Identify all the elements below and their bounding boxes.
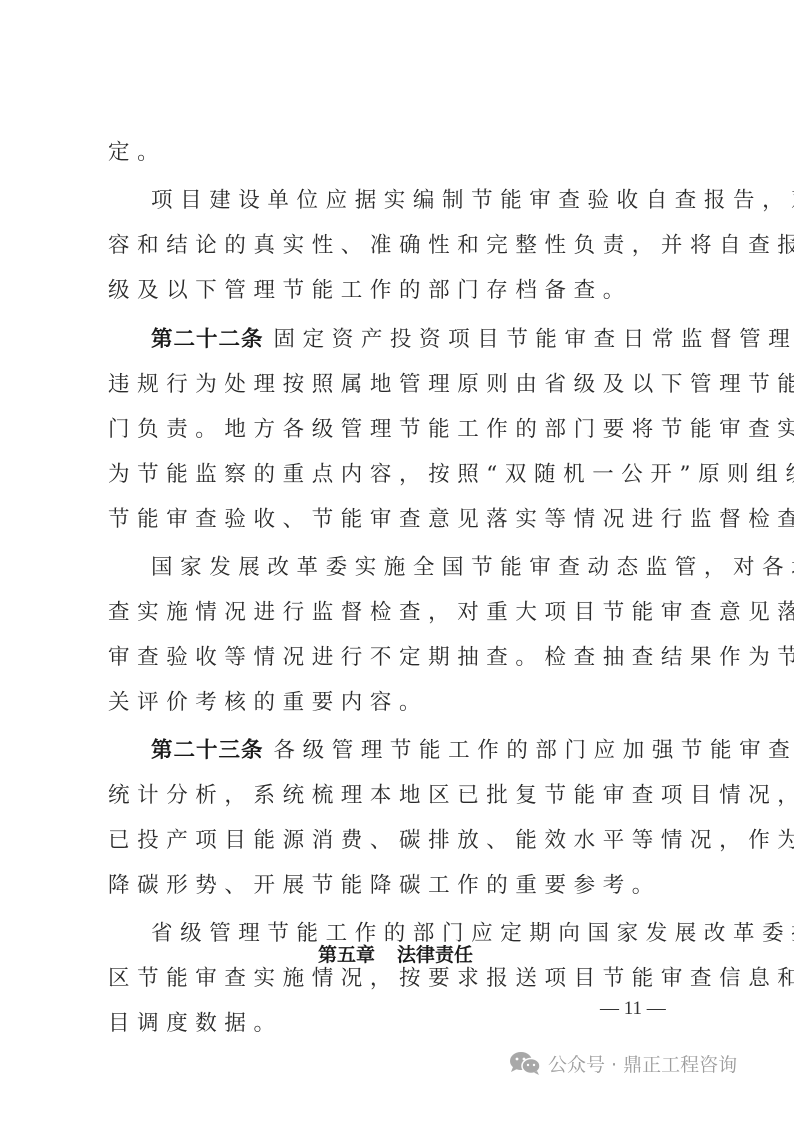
page-number: — 11 — bbox=[600, 998, 666, 1020]
text-line: 统计分析，系统梳理本地区已批复节能审查项目情况，定期调度 bbox=[108, 781, 794, 811]
article-label: 第二十二条 bbox=[151, 327, 264, 352]
chapter-title: 法律责任 bbox=[397, 944, 473, 966]
text-line: 审查验收等情况进行不定期抽查。检查抽查结果作为节能降碳相 bbox=[108, 643, 794, 673]
text-line: 目调度数据。 bbox=[108, 1009, 283, 1039]
text-line: 项目建设单位应据实编制节能审查验收自查报告，对报告内 bbox=[151, 186, 794, 216]
watermark: 公众号 · 鼎正工程咨询 bbox=[508, 1046, 737, 1080]
text-line: 区节能审查实施情况，按要求报送项目节能审查信息和已投产项 bbox=[108, 964, 794, 994]
chapter-number: 第五章 bbox=[318, 944, 375, 966]
text-line: 降碳形势、开展节能降碳工作的重要参考。 bbox=[108, 871, 661, 901]
article-22-first-line: 第二十二条固定资产投资项目节能审查日常监督管理和违法 bbox=[151, 325, 794, 355]
text-line: 容和结论的真实性、准确性和完整性负责，并将自查报告报送省 bbox=[108, 231, 794, 261]
text-line: 节能审查验收、节能审查意见落实等情况进行监督检查。 bbox=[108, 505, 794, 535]
text-line: 各级管理节能工作的部门应加强节能审查信息的 bbox=[274, 738, 794, 763]
text-line: 国家发展改革委实施全国节能审查动态监管，对各地节能审 bbox=[151, 553, 794, 583]
watermark-text: 公众号 · 鼎正工程咨询 bbox=[548, 1050, 737, 1077]
text-line: 查实施情况进行监督检查，对重大项目节能审查意见落实、节能 bbox=[108, 598, 794, 628]
text-line: 违规行为处理按照属地管理原则由省级及以下管理节能工作的部 bbox=[108, 370, 794, 400]
wechat-icon bbox=[508, 1050, 542, 1076]
text-line: 定。 bbox=[108, 138, 166, 168]
chapter-heading: 第五章法律责任 bbox=[318, 940, 473, 967]
text-line: 门负责。地方各级管理节能工作的部门要将节能审查实施情况作 bbox=[108, 415, 794, 445]
article-label: 第二十三条 bbox=[151, 738, 264, 763]
article-23-first-line: 第二十三条各级管理节能工作的部门应加强节能审查信息的 bbox=[151, 736, 794, 766]
text-line: 级及以下管理节能工作的部门存档备查。 bbox=[108, 276, 632, 306]
text-line: 已投产项目能源消费、碳排放、能效水平等情况，作为研判节能 bbox=[108, 826, 794, 856]
text-line: 关评价考核的重要内容。 bbox=[108, 688, 428, 718]
text-line: 为节能监察的重点内容，按照“双随机一公开”原则组织对项目 bbox=[108, 460, 794, 490]
text-line: 固定资产投资项目节能审查日常监督管理和违法 bbox=[274, 327, 794, 352]
